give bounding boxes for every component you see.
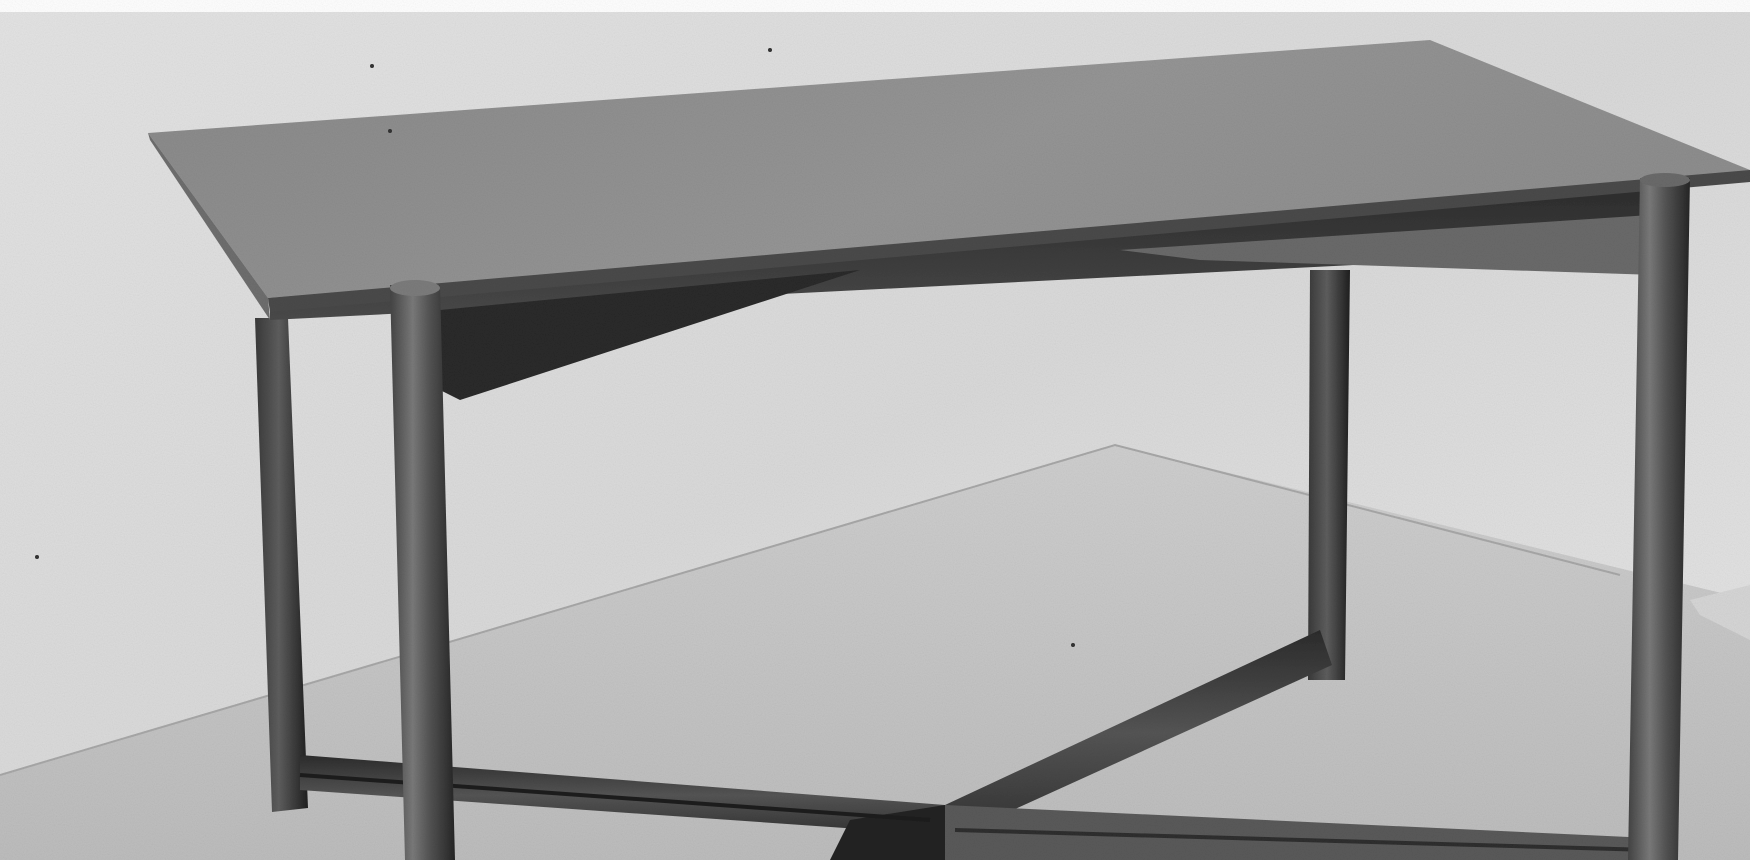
dust-speck: [1071, 643, 1075, 647]
back-right-leg: [1308, 270, 1350, 680]
front-left-leg-cap: [390, 280, 440, 296]
dust-speck: [35, 555, 39, 559]
dust-speck: [768, 48, 772, 52]
dust-speck: [388, 129, 392, 133]
front-right-leg-cap: [1640, 173, 1690, 187]
table-photograph: Vintage black-and-white photograph of a …: [0, 0, 1750, 860]
dust-speck: [370, 64, 374, 68]
